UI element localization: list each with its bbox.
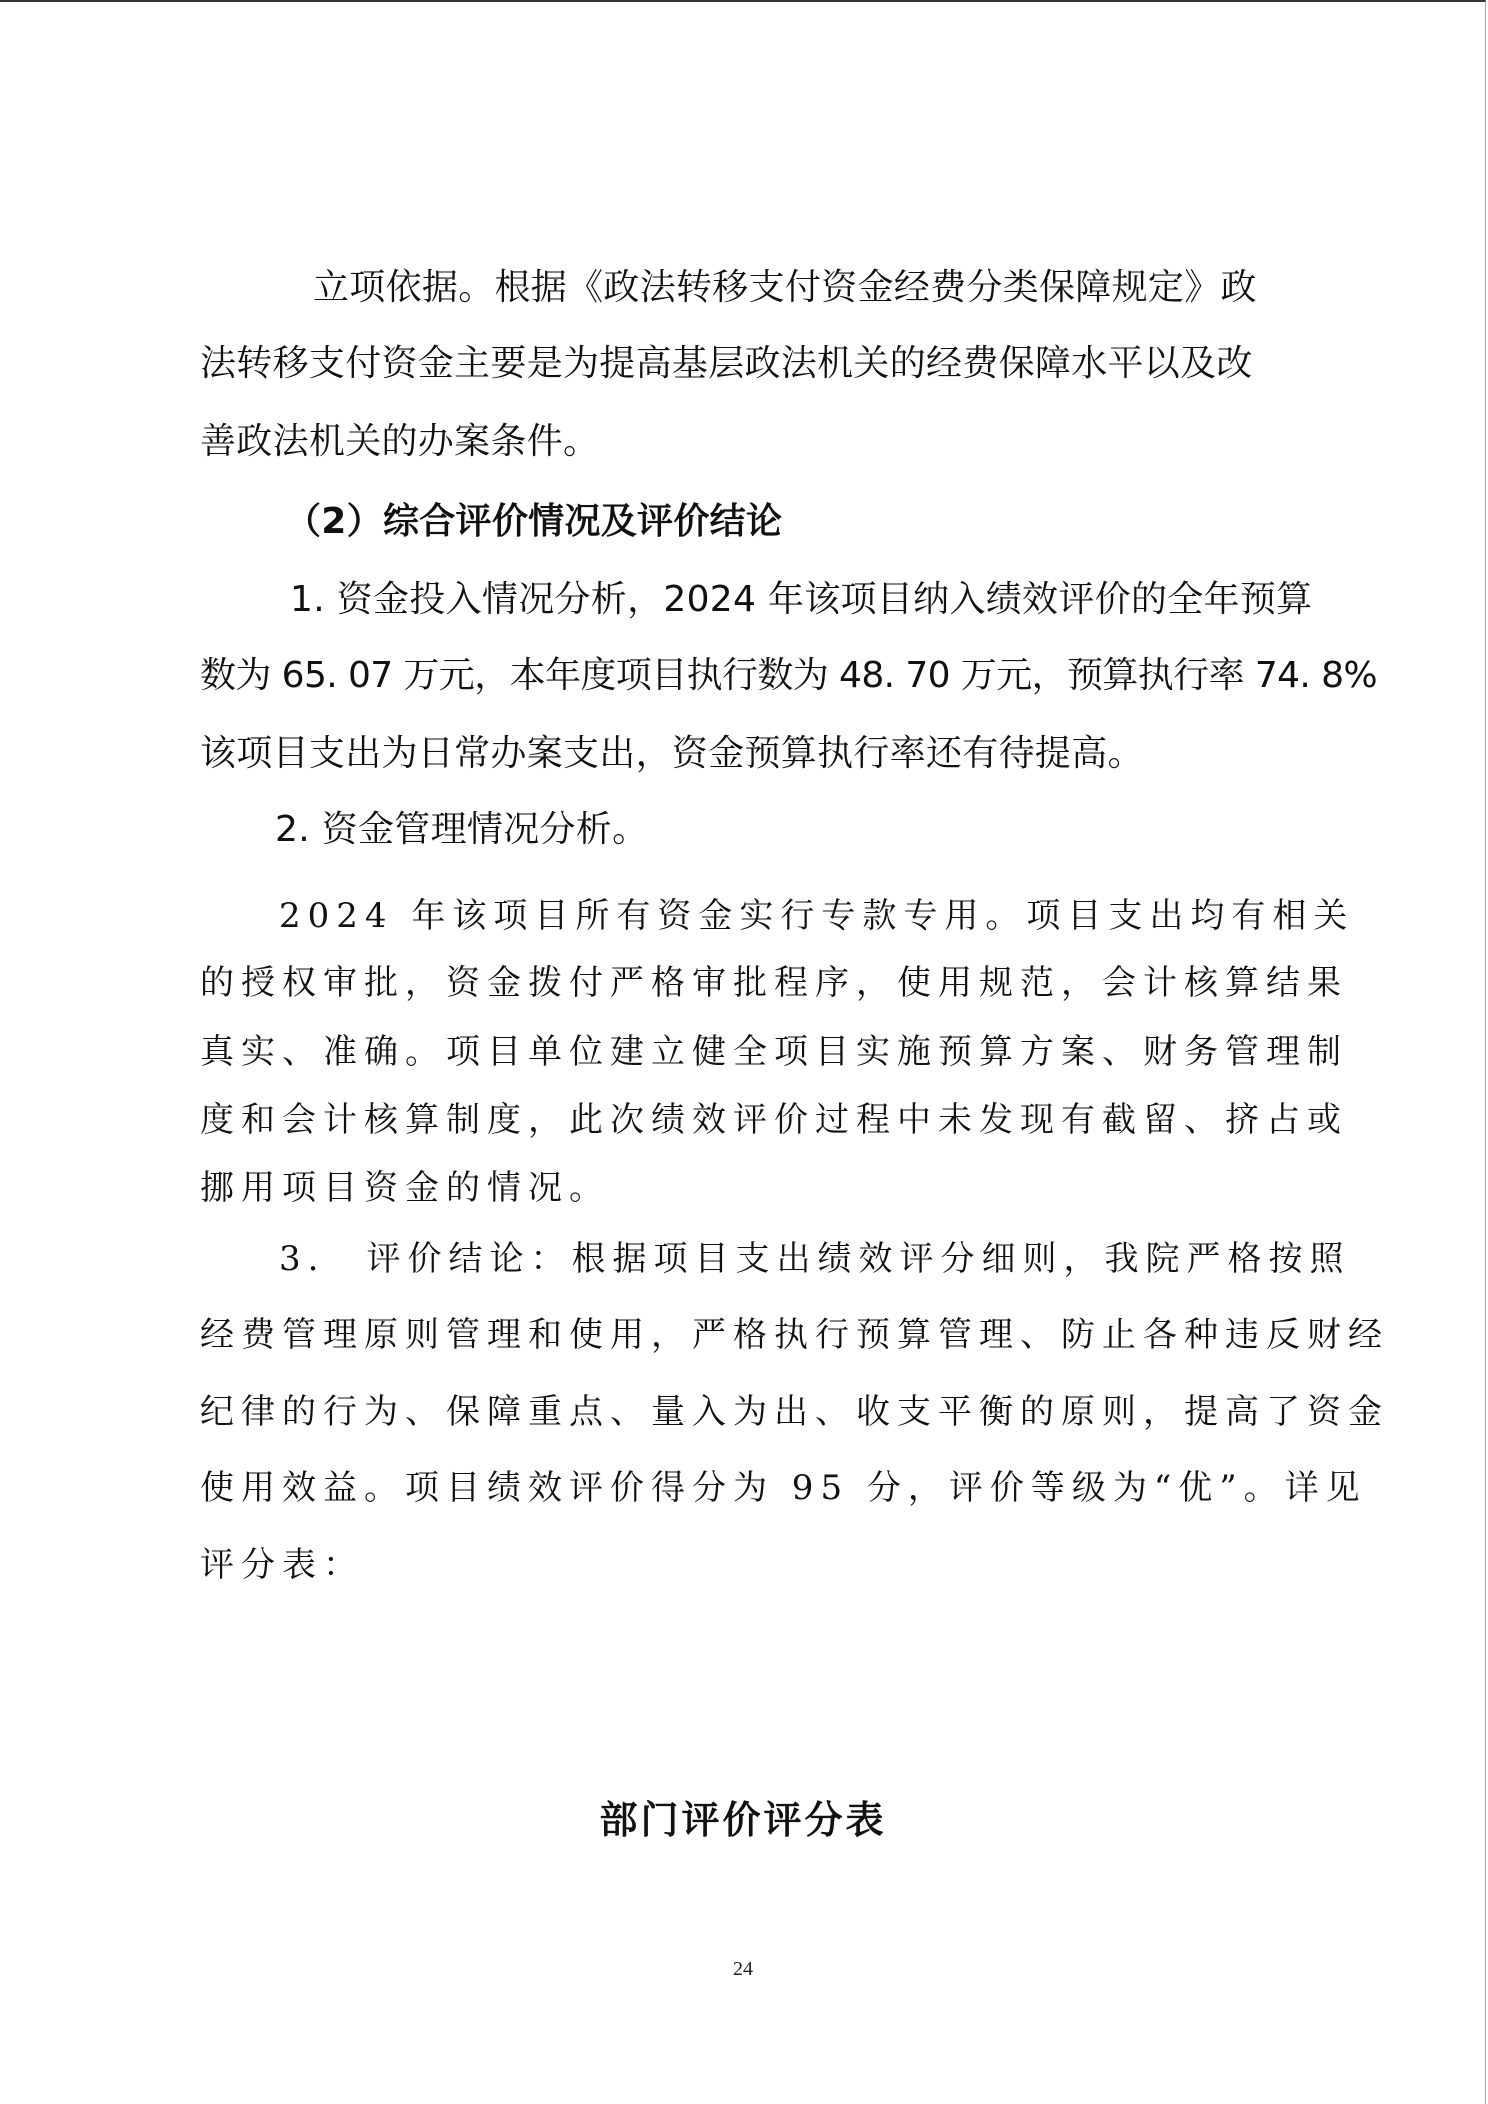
item-1-line-3: 该项目支出为日常办案支出，资金预算执行率还有待提高。 bbox=[200, 736, 1144, 772]
section-heading: （2）综合评价情况及评价结论 bbox=[285, 504, 782, 540]
table-title: 部门评价评分表 bbox=[0, 1789, 1486, 1844]
item-3-line-2: 经费管理原则管理和使用，严格执行预算管理、防止各种违反财经 bbox=[200, 1318, 1389, 1352]
item-3-line-5: 评分表： bbox=[200, 1548, 364, 1582]
item-3-line-3: 纪律的行为、保障重点、量入为出、收支平衡的原则，提高了资金 bbox=[200, 1395, 1389, 1429]
basis-line-2: 法转移支付资金主要是为提高基层政法机关的经费保障水平以及改 bbox=[200, 346, 1253, 382]
basis-line-1: 立项依据。根据《政法转移支付资金经费分类保障规定》政 bbox=[313, 270, 1257, 306]
item-2-line-3: 真实、准确。项目单位建立健全项目实施预算方案、财务管理制 bbox=[200, 1035, 1348, 1069]
item-2-line-2: 的授权审批，资金拨付严格审批程序，使用规范，会计核算结果 bbox=[200, 966, 1348, 1000]
item-2-line-1: 2024 年该项目所有资金实行专款专用。项目支出均有相关 bbox=[279, 899, 1354, 933]
item-1-line-2: 数为 65. 07 万元，本年度项目执行数为 48. 70 万元，预算执行率 7… bbox=[200, 658, 1377, 694]
item-2-line-5: 挪用项目资金的情况。 bbox=[200, 1171, 610, 1205]
item-1-line-1: 1. 资金投入情况分析，2024 年该项目纳入绩效评价的全年预算 bbox=[290, 582, 1312, 618]
page-number: 24 bbox=[0, 1958, 1486, 1981]
item-3-line-1: 3. 评价结论：根据项目支出绩效评分细则，我院严格按照 bbox=[279, 1242, 1350, 1276]
document-page: 立项依据。根据《政法转移支付资金经费分类保障规定》政 法转移支付资金主要是为提高… bbox=[0, 0, 1486, 2104]
basis-line-3: 善政法机关的办案条件。 bbox=[200, 424, 599, 460]
item-2-heading: 2. 资金管理情况分析。 bbox=[275, 812, 648, 848]
item-2-line-4: 度和会计核算制度，此次绩效评价过程中未发现有截留、挤占或 bbox=[200, 1103, 1348, 1137]
item-3-line-4: 使用效益。项目绩效评价得分为 95 分，评价等级为“优”。详见 bbox=[200, 1471, 1367, 1505]
